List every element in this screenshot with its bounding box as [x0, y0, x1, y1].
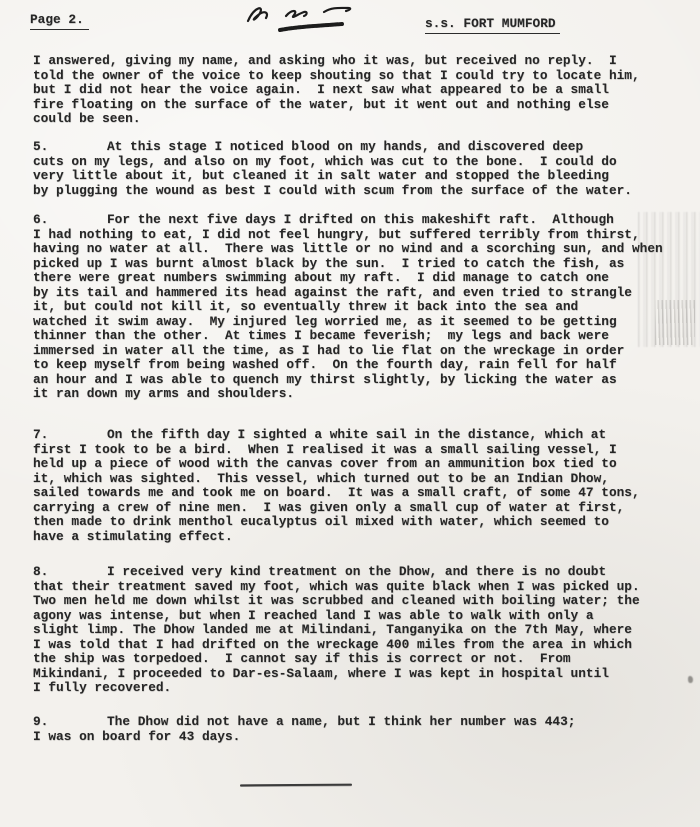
paragraph-text: The Dhow did not have a name, but I thin… — [33, 715, 685, 744]
paragraph-text: I answered, giving my name, and asking w… — [33, 54, 685, 127]
end-of-statement-rule — [240, 784, 352, 787]
document-page: Page 2. s.s. FORT MUMFORD I answered, gi… — [0, 0, 700, 827]
paragraph-text: For the next five days I drifted on this… — [33, 213, 685, 402]
paragraph-text: I received very kind treatment on the Dh… — [33, 565, 685, 696]
paragraph-number: 8. — [33, 565, 48, 580]
paragraph-number: 5. — [33, 140, 48, 155]
paragraph-7: 7. On the fifth day I sighted a white sa… — [33, 428, 685, 544]
paragraph-text: On the fifth day I sighted a white sail … — [33, 428, 685, 544]
paragraph-5: 5. At this stage I noticed blood on my h… — [33, 140, 685, 198]
handwritten-scribble-icon — [238, 1, 388, 41]
paragraph-number: 6. — [33, 213, 48, 228]
ink-speck — [688, 676, 693, 683]
paragraph-number: 7. — [33, 428, 48, 443]
paragraph-6: 6. For the next five days I drifted on t… — [33, 213, 685, 402]
ship-title: s.s. FORT MUMFORD — [425, 17, 560, 34]
paragraph-number: 9. — [33, 715, 48, 730]
paragraph-text: At this stage I noticed blood on my hand… — [33, 140, 685, 198]
page-number: Page 2. — [30, 13, 89, 30]
paragraph-8: 8. I received very kind treatment on the… — [33, 565, 685, 696]
paragraph-intro: I answered, giving my name, and asking w… — [33, 54, 685, 127]
photocopy-streak-noise — [655, 300, 695, 345]
paragraph-9: 9. The Dhow did not have a name, but I t… — [33, 715, 685, 744]
